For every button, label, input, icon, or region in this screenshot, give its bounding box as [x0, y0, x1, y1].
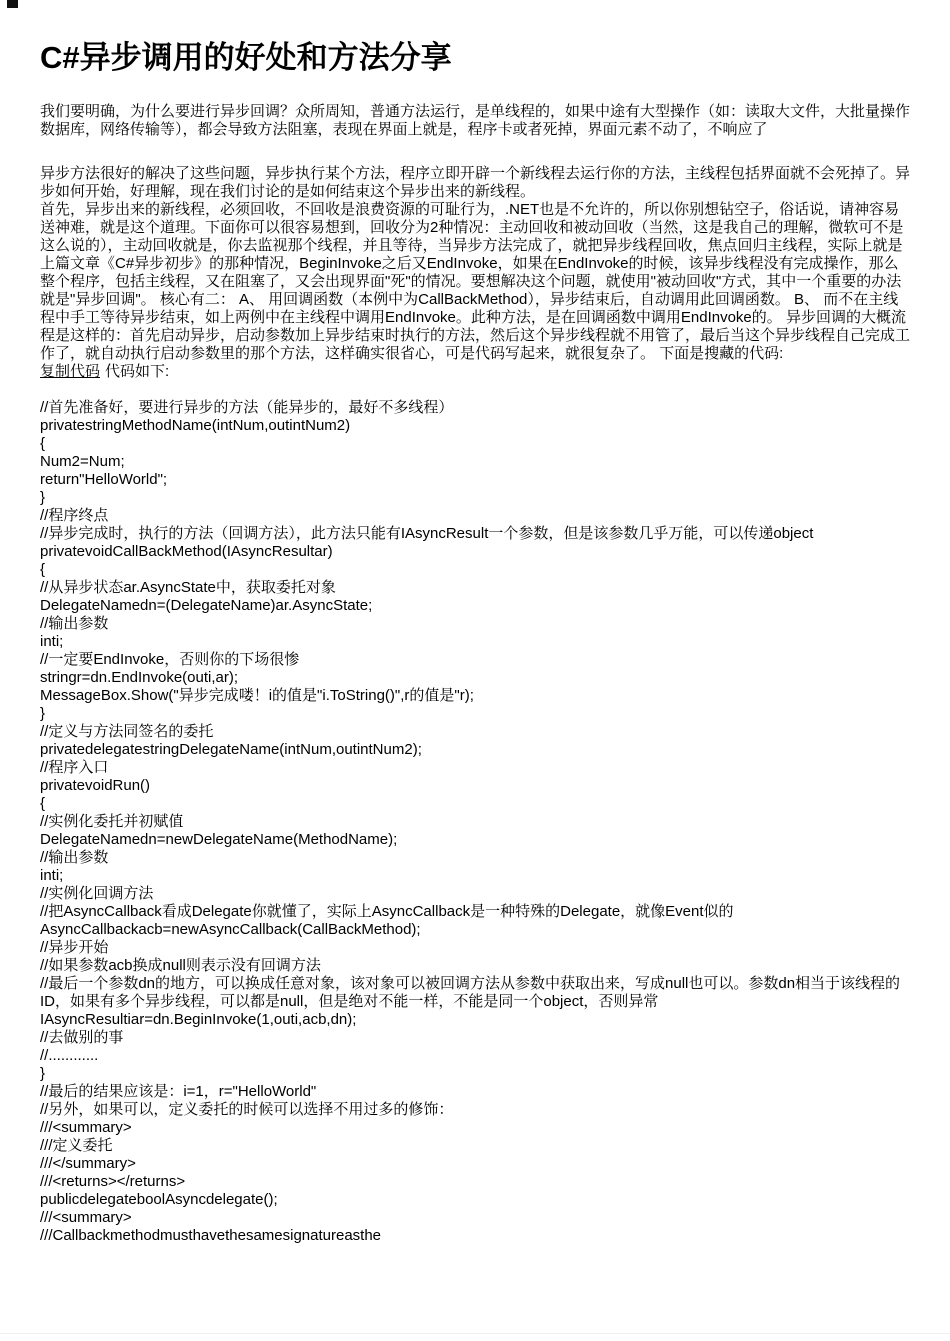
- copy-code-link[interactable]: 复制代码: [40, 363, 100, 380]
- article-page: C#异步调用的好处和方法分享 我们要明确，为什么要进行异步回调？众所周知，普通方…: [0, 0, 950, 1341]
- code-intro-label: 代码如下:: [105, 363, 169, 380]
- article-content: C#异步调用的好处和方法分享 我们要明确，为什么要进行异步回调？众所周知，普通方…: [0, 0, 950, 1245]
- bottom-divider: [0, 1333, 950, 1334]
- page-title: C#异步调用的好处和方法分享: [40, 40, 910, 76]
- body-paragraph: 异步方法很好的解决了这些问题，异步执行某个方法，程序立即开辟一个新线程去运行你的…: [40, 165, 910, 363]
- code-block: //首先准备好，要进行异步的方法（能异步的，最好不多线程） privatestr…: [40, 399, 910, 1245]
- intro-paragraph: 我们要明确，为什么要进行异步回调？众所周知，普通方法运行，是单线程的，如果中途有…: [40, 103, 910, 139]
- copy-code-line: 复制代码代码如下:: [40, 363, 910, 381]
- page-corner-mark: [7, 0, 18, 8]
